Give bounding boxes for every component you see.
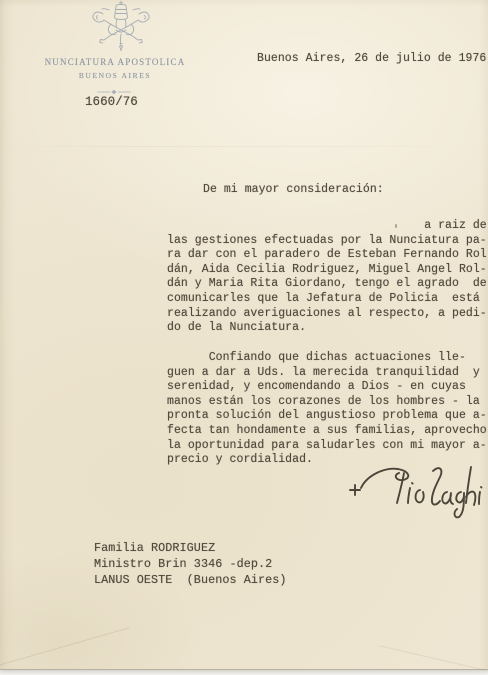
body-paragraph-1: a raiz de las gestiones efectuadas por l… — [167, 219, 487, 336]
letter-paper: NUNCIATURA APOSTOLICA BUENOS AIRES 1660/… — [0, 0, 488, 670]
signature-handwriting — [343, 462, 483, 524]
scanned-letter: NUNCIATURA APOSTOLICA BUENOS AIRES 1660/… — [0, 0, 488, 675]
recipient-address: Familia RODRIGUEZ Ministro Brin 3346 -de… — [94, 540, 287, 589]
dateline: Buenos Aires, 26 de julio de 1976 — [257, 52, 486, 67]
letterhead-ornament-icon — [97, 82, 133, 88]
corner-crease-right — [380, 645, 488, 675]
letterhead-org-name: NUNCIATURA APOSTOLICA — [17, 57, 213, 67]
cross-icon — [350, 485, 360, 495]
papal-crest-icon — [83, 0, 159, 54]
body-paragraph-2: Confiando que dichas actuaciones lle- gu… — [167, 351, 487, 468]
fold-crease — [0, 146, 488, 147]
reference-number: 1660/76 — [85, 95, 138, 110]
corner-crease-left — [0, 627, 129, 669]
ink-speck — [395, 224, 397, 228]
letterhead-city: BUENOS AIRES — [17, 71, 213, 80]
salutation: De mi mayor consideración: — [203, 183, 384, 198]
